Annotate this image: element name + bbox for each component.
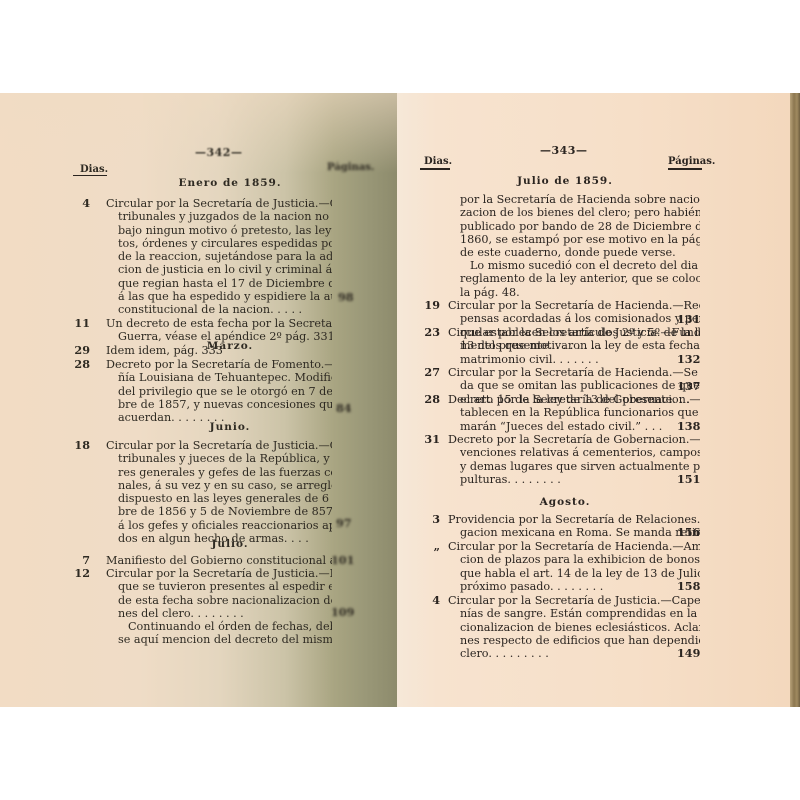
entry-line: y demas lugares que sirven actualmente p… xyxy=(448,460,700,473)
entry-line: venciones relativas á cementerios, campo… xyxy=(448,446,700,459)
entry-day: 3 xyxy=(418,513,440,526)
entry-line: nes respecto de edificios que han depend… xyxy=(448,634,700,647)
entry-day: 4 xyxy=(418,594,440,607)
entry-line: 1860, se estampó por ese motivo en la pá… xyxy=(460,233,700,246)
entry-text: Circular por la Secretaría de Hacienda.—… xyxy=(448,540,700,593)
entry-line: Decreto por la Secretaría de Gobernacion… xyxy=(448,433,700,446)
entry-line: la pág. 48. xyxy=(460,286,700,299)
right-header-rule-left xyxy=(420,168,450,170)
entry-line: cionalizacion de bienes eclesiásticos. A… xyxy=(448,621,700,634)
entry-line: marán “Jueces del estado civil.” . . . xyxy=(448,420,700,433)
entry-text: Decreto por la Secretaría de Gobernacion… xyxy=(448,393,700,433)
entry-line: Circular por la Secretaría de Justicia.—… xyxy=(448,594,700,607)
entry-line: reglamento de la ley anterior, que se co… xyxy=(460,272,700,285)
right-page-content: —343— Dias. Páginas. Julio de 1859. por … xyxy=(0,0,800,800)
right-header-paginas: Páginas. xyxy=(668,155,715,168)
entry-day: 23 xyxy=(418,326,440,339)
entry-text: Providencia por la Secretaría de Relacio… xyxy=(448,513,700,540)
entry-line: gacion mexicana en Roma. Se manda retira… xyxy=(448,526,700,539)
entry-line: Lo mismo sucedió con el decreto del dia … xyxy=(460,259,700,272)
entry-line: Circular por la Secretaría de Hacienda.—… xyxy=(448,366,700,379)
right-header-dias: Dias. xyxy=(424,155,452,168)
entry-line: próximo pasado. . . . . . . . xyxy=(448,580,700,593)
entry-line: que habla el art. 14 de la ley de 13 de … xyxy=(448,567,700,580)
continuation-text: por la Secretaría de Hacienda sobre naci… xyxy=(460,193,700,259)
entry-line: zacion de los bienes del clero; pero hab… xyxy=(460,206,700,219)
entry-line: mentos que motivaron la ley de esta fech… xyxy=(448,339,700,352)
entry-line: clero. . . . . . . . . xyxy=(448,647,700,660)
entry-page-ref: 138 xyxy=(677,420,700,433)
entry-line: nías de sangre. Están comprendidas en la… xyxy=(448,607,700,620)
entry-text: Decreto por la Secretaría de Gobernacion… xyxy=(448,433,700,486)
note-text: Lo mismo sucedió con el decreto del dia … xyxy=(460,259,700,299)
entry-day: 27 xyxy=(418,366,440,379)
entry-line: da que se omitan las publicaciones de qu… xyxy=(448,379,700,392)
entry-page-ref: 156 xyxy=(677,526,700,539)
entry-page-ref: 151 xyxy=(677,473,700,486)
entry-line: cion de plazos para la exhibicion de bon… xyxy=(448,553,700,566)
entry-line: Circular por la Secretaría de Hacienda.—… xyxy=(448,299,700,312)
entry-line: matrimonio civil. . . . . . . xyxy=(448,353,700,366)
entry-page-ref: 149 xyxy=(677,647,700,660)
entry-day: „ xyxy=(418,540,440,553)
right-page-number: —343— xyxy=(540,144,587,157)
entry-day: 19 xyxy=(418,299,440,312)
entry-line: publicado por bando de 28 de Diciembre d… xyxy=(460,220,700,233)
entry-day: 28 xyxy=(418,393,440,406)
entry-text: Circular por la Secretaría de Justicia.—… xyxy=(448,326,700,366)
entry-day: 31 xyxy=(418,433,440,446)
entry-text: Circular por la Secretaría de Justicia.—… xyxy=(448,594,700,660)
entry-line: por la Secretaría de Hacienda sobre naci… xyxy=(460,193,700,206)
right-month-agosto: Agosto. xyxy=(510,496,620,509)
entry-line: de este cuaderno, donde puede verse. xyxy=(460,246,700,259)
entry-line: Providencia por la Secretaría de Relacio… xyxy=(448,513,700,526)
entry-page-ref: 132 xyxy=(677,353,700,366)
entry-line: pensas acordadas á los comisionados y pe… xyxy=(448,312,700,325)
entry-line: Circular por la Secretaría de Hacienda.—… xyxy=(448,540,700,553)
entry-page-ref: 158 xyxy=(677,580,700,593)
right-header-rule-right xyxy=(668,168,702,170)
entry-line: Decreto por la Secretaría de Gobernacion… xyxy=(448,393,700,406)
entry-page-ref: 137 xyxy=(677,380,700,393)
entry-page-ref: 131 xyxy=(677,313,700,326)
entry-line: pulturas. . . . . . . . xyxy=(448,473,700,486)
entry-line: tablecen en la República funcionarios qu… xyxy=(448,406,700,419)
right-month-julio: Julio de 1859. xyxy=(500,175,630,188)
entry-line: Circular por la Secretaría de Justicia.—… xyxy=(448,326,700,339)
